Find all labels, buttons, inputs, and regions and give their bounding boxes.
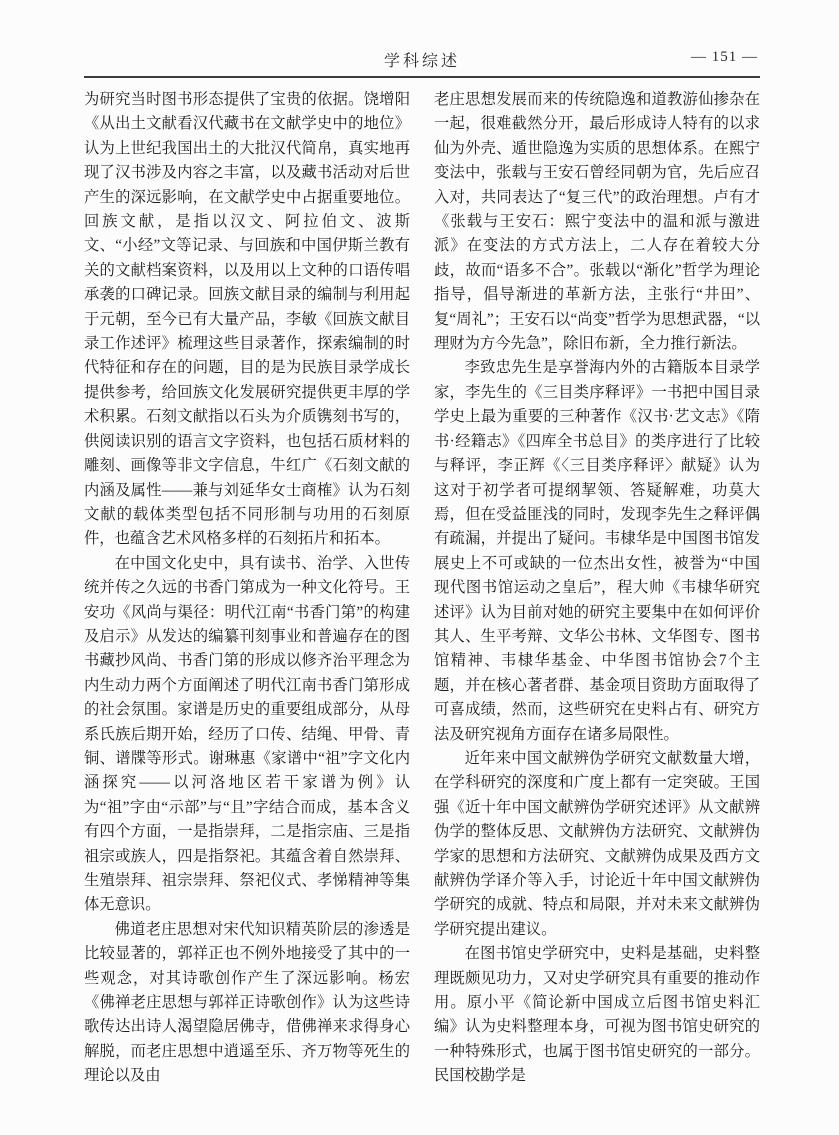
header-rule [84,76,760,78]
section-title: 学科综述 [84,48,760,71]
journal-page: 学科综述 — 151 — 为研究当时图书形态提供了宝贵的依据。饶增阳《从出土文献… [0,0,839,1135]
paragraph: 近年来中国文献辨伪学研究文献数量大增，在学科研究的深度和广度上都有一定突破。王国… [434,747,760,942]
paragraph: 在中国文化史中，具有读书、治学、入世传统并传之久远的书香门第成为一种文化符号。王… [84,552,410,918]
page-header: 学科综述 — 151 — [84,48,760,72]
paragraph: 为研究当时图书形态提供了宝贵的依据。饶增阳《从出土文献看汉代藏书在文献学史中的地… [84,88,410,552]
text-body: 为研究当时图书形态提供了宝贵的依据。饶增阳《从出土文献看汉代藏书在文献学史中的地… [84,88,760,1089]
page-number: — 151 — [691,49,758,66]
paragraph: 李致忠先生是享誉海内外的古籍版本目录学家，李先生的《三目类序释评》一书把中国目录… [434,356,760,747]
paragraph: 老庄思想发展而来的传统隐逸和道教游仙掺杂在一起，很难截然分开，最后形成诗人特有的… [434,88,760,356]
text-column-left: 为研究当时图书形态提供了宝贵的依据。饶增阳《从出土文献看汉代藏书在文献学史中的地… [84,88,410,1089]
paragraph: 在图书馆史学研究中，史料是基础，史料整理既颇见功力，又对史学研究具有重要的推动作… [434,942,760,1088]
paragraph: 佛道老庄思想对宋代知识精英阶层的渗透是比较显著的，郭祥正也不例外地接受了其中的一… [84,918,410,1089]
text-column-right: 老庄思想发展而来的传统隐逸和道教游仙掺杂在一起，很难截然分开，最后形成诗人特有的… [434,88,760,1089]
